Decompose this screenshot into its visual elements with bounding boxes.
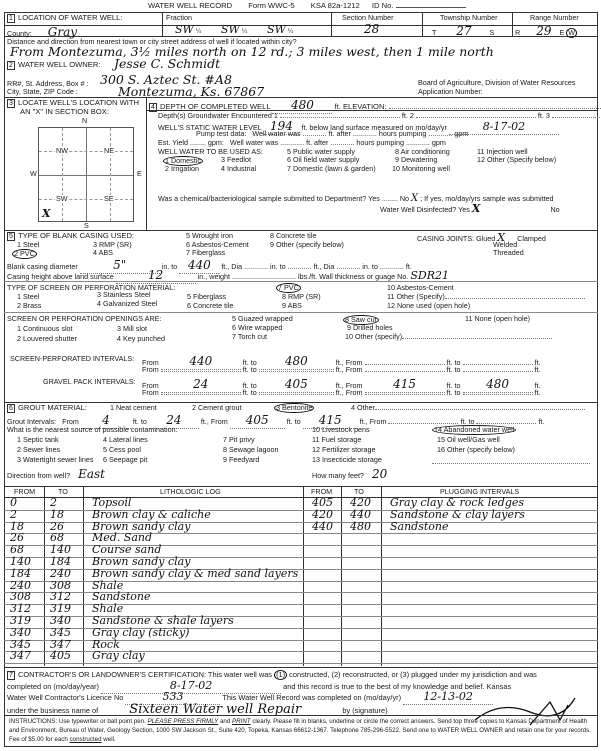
- gw1-field[interactable]: [280, 117, 400, 118]
- business-label: under the business name of: [7, 706, 98, 715]
- from-label: From: [142, 388, 159, 397]
- contam-9[interactable]: 9 Feedyard: [223, 456, 259, 464]
- gravel-interval-row-2: From ft. to ft., From ft. to ft.: [142, 389, 541, 397]
- opening-7[interactable]: 7 Torch cut: [232, 333, 267, 341]
- yield-label: Est. Yield ........ gpm:: [158, 138, 224, 147]
- quadrant-se: SE: [103, 195, 115, 203]
- plug-desc[interactable]: Sandstone: [390, 521, 449, 534]
- grid-line: [39, 151, 133, 152]
- sample-question: Was a chemical/bacteriological sample su…: [158, 194, 409, 203]
- disinfected-no[interactable]: No: [550, 205, 559, 214]
- ft-end: ft.: [535, 365, 541, 374]
- pump-test-fields[interactable]: Well water was ............ ft. after ..…: [252, 129, 468, 138]
- screen-other-field[interactable]: [445, 298, 585, 299]
- well-location-mark: X: [42, 208, 51, 221]
- grid-line: [39, 175, 133, 176]
- contam-15[interactable]: 15 Oil well/Gas well: [437, 436, 500, 444]
- grout-title-text: GROUT MATERIAL:: [18, 403, 87, 412]
- joints-label: CASING JOINTS:: [417, 234, 474, 243]
- section3-subtitle: AN "X" IN SECTION BOX:: [20, 108, 109, 117]
- gw2-label: ft. 2: [402, 111, 414, 120]
- plug-to[interactable]: 480: [350, 521, 371, 534]
- divider: [4, 667, 598, 668]
- compass-n: N: [82, 117, 87, 125]
- section-number: 7: [7, 671, 15, 680]
- casing-title-text: TYPE OF BLANK CASING USED:: [18, 231, 134, 240]
- section-title: WATER WELL OWNER:: [18, 60, 100, 69]
- instructions-print: PRINT: [232, 718, 251, 725]
- joints-row: CASING JOINTS: Glued X Clamped: [417, 232, 546, 245]
- casing-2[interactable]: 2 PVC: [12, 249, 37, 259]
- screen-interval-row-2: From ft. to ft., From ft. to ft.: [142, 366, 541, 374]
- fraction-3[interactable]: SW: [267, 23, 286, 36]
- screen-to-b2[interactable]: [463, 371, 533, 372]
- divider: [4, 312, 598, 313]
- section-number: 2: [7, 61, 15, 70]
- direction-row: Direction from well? East: [7, 468, 105, 482]
- opening-3[interactable]: 3 Mill slot: [117, 325, 147, 333]
- contam-11[interactable]: 11 Fuel storage: [312, 436, 361, 444]
- contam-6[interactable]: 6 Seepage pit: [103, 456, 147, 464]
- instructions-press-firmly: PLEASE PRESS FIRMLY: [148, 718, 219, 725]
- log-from[interactable]: 347: [10, 650, 31, 663]
- from-label: From: [346, 365, 363, 374]
- screen-other-label[interactable]: 11 Other (Specify): [387, 292, 445, 301]
- screen-from-b2[interactable]: [365, 371, 445, 372]
- log-to[interactable]: 405: [50, 650, 71, 663]
- township-row: T 27 S: [432, 25, 494, 39]
- id-label: ID No.: [372, 1, 394, 10]
- to-label: ft. to: [243, 365, 257, 374]
- contam-16[interactable]: 16 Other (specify below): [437, 446, 515, 454]
- form-title: WATER WELL RECORD: [148, 1, 232, 10]
- screen-4[interactable]: 4 Galvanized Steel: [97, 300, 157, 308]
- completed-label: completed on (mo/day/year): [7, 682, 99, 691]
- instructions: INSTRUCTIONS: Use typewriter or ball poi…: [9, 718, 594, 745]
- grout-from-2[interactable]: 405: [230, 414, 285, 429]
- section-location-box[interactable]: NW NE SW SE X: [38, 127, 134, 222]
- opening-11[interactable]: 11 None (open hole): [465, 315, 530, 323]
- screen-from-2[interactable]: [365, 364, 445, 365]
- grout-title: 6GROUT MATERIAL:: [7, 404, 87, 413]
- screen-to-2[interactable]: [463, 364, 533, 365]
- ft-label: ft.,: [201, 417, 209, 426]
- section-number: 6: [7, 404, 15, 413]
- opening-1[interactable]: 1 Continuous slot: [17, 325, 73, 333]
- grout-to-3[interactable]: [476, 423, 536, 424]
- direction-value[interactable]: East: [78, 467, 105, 481]
- ft-end: ft.: [535, 388, 541, 397]
- contam-other-field[interactable]: [432, 463, 590, 464]
- section-title: LOCATION OF WATER WELL:: [18, 13, 123, 22]
- use-option-10[interactable]: 10 Monitoring well: [392, 165, 450, 173]
- yield-fields[interactable]: Well water was ............ ft. after ..…: [230, 138, 446, 147]
- grout-from-3[interactable]: [388, 423, 458, 424]
- use-option-4[interactable]: 4 Industrial: [221, 165, 256, 173]
- gw3-field[interactable]: [552, 117, 601, 118]
- log-header-desc: LITHOLOGIC LOG: [160, 488, 221, 496]
- range-row: R 29 E W: [515, 25, 577, 39]
- grid-line: [62, 128, 63, 221]
- contam-10[interactable]: 10 Livestock pens: [312, 426, 370, 434]
- instructions-and: and: [220, 718, 230, 725]
- contam-abandoned-well-circled[interactable]: 14 Abandoned water well: [432, 425, 516, 435]
- range-label: Range Number: [530, 14, 579, 22]
- township-prefix: T: [432, 28, 436, 37]
- city-label: City, State, ZIP Code :: [7, 88, 78, 96]
- fraction-2[interactable]: SW: [221, 23, 240, 36]
- license-label: Water Well Contractor's Licence No: [7, 693, 123, 702]
- opening-2[interactable]: 2 Louvered shutter: [17, 335, 77, 343]
- casing-4[interactable]: 4 ABS: [93, 249, 113, 257]
- from-label: From: [211, 417, 228, 426]
- instructions-constructed: constructed: [70, 736, 102, 743]
- form-number: Form WWC-5: [248, 1, 294, 10]
- gw3-label: ft. 3: [538, 111, 550, 120]
- divider: [4, 25, 598, 26]
- feet-value[interactable]: 20: [372, 467, 387, 481]
- section2-title: 2WATER WELL OWNER:: [7, 61, 100, 70]
- table-row-divider: [4, 663, 598, 664]
- elevation-field[interactable]: [389, 108, 601, 109]
- disinfected-yes-mark[interactable]: X: [472, 202, 481, 215]
- id-field[interactable]: [396, 7, 466, 8]
- gravel-from-b2[interactable]: [365, 394, 445, 395]
- screen-12[interactable]: 12 None used (open hole): [387, 302, 470, 310]
- grout-other-field[interactable]: [375, 409, 585, 410]
- contam-14[interactable]: 14 Abandoned water well: [432, 425, 516, 435]
- screen-6[interactable]: 6 Concrete tile: [187, 302, 233, 310]
- divider: [162, 12, 163, 36]
- record-label: This Water Well Record was completed on …: [222, 693, 401, 702]
- grout-1[interactable]: 1 Neat cement: [110, 404, 157, 412]
- grout-4[interactable]: 4 Other: [351, 404, 585, 412]
- feet-row: How many feet? 20: [312, 468, 387, 482]
- fraction-label: Fraction: [166, 14, 192, 22]
- grout-3[interactable]: 3 Bentonite: [274, 403, 314, 413]
- sample-tail: ; If yes, mo/day/yrs sample was submitte…: [420, 194, 553, 203]
- ft-label: ft.,: [336, 365, 344, 374]
- to-label: ft. to: [447, 365, 461, 374]
- range-east-option[interactable]: E: [559, 28, 564, 37]
- joints-threaded[interactable]: Threaded: [493, 249, 524, 257]
- township-suffix: S: [490, 28, 495, 37]
- gw2-field[interactable]: [416, 117, 536, 118]
- range-prefix: R: [515, 28, 520, 37]
- screen-intervals-label: SCREEN-PERFORATED INTERVALS:: [10, 355, 134, 363]
- contam-3[interactable]: 3 Watertight sewer lines: [17, 456, 93, 464]
- contam-12[interactable]: 12 Fertilizer storage: [312, 446, 376, 454]
- application-label: Application Number:: [418, 88, 483, 96]
- contam-1[interactable]: 1 Septic tank: [17, 436, 59, 444]
- distance-value[interactable]: From Montezuma, 3½ miles north on 12 rd.…: [10, 45, 494, 59]
- quarter-mark: ¼: [196, 28, 201, 35]
- contam-5[interactable]: 5 Cess pool: [103, 446, 141, 454]
- fraction-values: SW ¼ SW ¼ SW ¼: [175, 24, 293, 37]
- section-number-value[interactable]: 28: [364, 23, 379, 37]
- divider: [512, 12, 513, 36]
- to-label: ft. to: [447, 388, 461, 397]
- quarter-mark: ¼: [288, 28, 293, 35]
- joints-clamped[interactable]: Clamped: [517, 234, 546, 243]
- plug-from[interactable]: 440: [312, 521, 333, 534]
- feet-label: How many feet?: [312, 471, 364, 480]
- opening-4[interactable]: 4 Key punched: [117, 335, 165, 343]
- section-number: 3: [7, 99, 15, 108]
- casing-7[interactable]: 7 Fiberglass: [186, 249, 225, 257]
- statute-ref: KSA 82a-1212: [311, 1, 360, 10]
- opening-other-field[interactable]: [402, 338, 552, 339]
- gravel-intervals-label: GRAVEL PACK INTERVALS:: [43, 378, 136, 386]
- cert-text-a: CONTRACTOR'S OR LANDOWNER'S CERTIFICATIO…: [18, 670, 272, 679]
- casing-9[interactable]: 9 Other (specify below): [270, 241, 344, 249]
- gravel-to-b[interactable]: [259, 394, 334, 395]
- opening-other-label[interactable]: 10 Other (specify): [345, 332, 402, 341]
- to-label: ft. to: [287, 417, 301, 426]
- to-label: ft. to: [243, 388, 257, 397]
- gravel-to-b2[interactable]: [463, 394, 533, 395]
- from-label: From: [142, 365, 159, 374]
- contam-8[interactable]: 8 Sewage lagoon: [223, 446, 279, 454]
- log-header-from: FROM: [14, 488, 35, 496]
- divider: [146, 97, 147, 230]
- weight-label: in., weight ............................…: [198, 272, 409, 281]
- section-number: 1: [7, 14, 15, 23]
- gravel-from-b[interactable]: [161, 394, 241, 395]
- range-west-option-circled[interactable]: W: [566, 28, 577, 38]
- instructions-text-3: well.: [103, 736, 115, 743]
- grout-other-label[interactable]: 4 Other: [351, 403, 375, 412]
- section-number: 5: [7, 232, 15, 241]
- ft-end: ft.: [538, 417, 544, 426]
- section1-title: 1LOCATION OF WATER WELL:: [7, 14, 123, 23]
- ft-label: ft.,: [336, 388, 344, 397]
- compass-w: W: [30, 170, 37, 178]
- quadrant-sw: SW: [55, 195, 69, 203]
- screen-from-b[interactable]: [161, 371, 241, 372]
- quarter-mark: ¼: [242, 28, 247, 35]
- quadrant-ne: NE: [103, 147, 115, 155]
- owner-name[interactable]: Jesse C. Schmidt: [114, 57, 220, 71]
- log-header-to: TO: [58, 488, 68, 496]
- contam-7[interactable]: 7 Pit privy: [223, 436, 255, 444]
- range-value[interactable]: 29: [536, 24, 551, 38]
- contamination-label: What is the nearest source of possible c…: [7, 426, 178, 434]
- from-label: From: [370, 417, 387, 426]
- contam-13[interactable]: 13 Insecticide storage: [312, 456, 382, 464]
- use-option-2[interactable]: 2 Irrigation: [165, 165, 199, 173]
- disinfected-row: Water Well Disinfected? Yes X No: [380, 203, 560, 216]
- signature-label: by (signature): [342, 706, 387, 715]
- screen-2[interactable]: 2 Brass: [17, 302, 41, 310]
- cert-constructed-circled[interactable]: (1): [274, 670, 287, 680]
- height-label: Casing height above land surface: [7, 272, 114, 281]
- quadrant-nw: NW: [55, 147, 69, 155]
- cert-text-b: constructed, (2) reconstructed, or (3) p…: [289, 670, 537, 679]
- grid-line: [39, 199, 133, 200]
- contam-2[interactable]: 2 Sewer lines: [17, 446, 60, 454]
- grout-2[interactable]: 2 Cement grout: [192, 404, 242, 412]
- instructions-text-1: INSTRUCTIONS: Use typewriter or ball poi…: [9, 718, 146, 725]
- grout-bentonite-circled[interactable]: 3 Bentonite: [274, 403, 314, 413]
- from-label: From: [346, 388, 363, 397]
- divider: [422, 12, 423, 36]
- form-header: WATER WELL RECORD Form WWC-5 KSA 82a-121…: [148, 2, 466, 11]
- contam-4[interactable]: 4 Lateral lines: [103, 436, 148, 444]
- openings-title: SCREEN OR PERFORATION OPENINGS ARE:: [7, 315, 161, 323]
- township-label: Township Number: [440, 14, 498, 22]
- township-value[interactable]: 27: [456, 24, 471, 38]
- divider: [4, 281, 598, 282]
- disinfected-label: Water Well Disinfected? Yes: [380, 205, 470, 214]
- grid-line: [110, 128, 111, 221]
- divider: [4, 715, 598, 716]
- screen-to-b[interactable]: [259, 371, 334, 372]
- direction-label: Direction from well?: [7, 471, 70, 480]
- fraction-1[interactable]: SW: [175, 23, 194, 36]
- cert-row-1: 7CONTRACTOR'S OR LANDOWNER'S CERTIFICATI…: [7, 670, 537, 680]
- groundwater-label: Depth(s) Groundwater Encountered: [158, 111, 272, 120]
- divider: [331, 12, 332, 36]
- pump-label: Pump test data:: [196, 129, 246, 138]
- opening-10[interactable]: 10 Other (specify): [345, 333, 552, 341]
- use-option-7[interactable]: 7 Domestic (lawn & garden): [287, 165, 376, 173]
- use-option-12[interactable]: 12 Other (Specify below): [477, 156, 556, 164]
- log-desc[interactable]: Gray clay: [92, 650, 145, 663]
- screen-9[interactable]: 9 ABS: [282, 302, 302, 310]
- casing-pvc-circled[interactable]: 2 PVC: [12, 249, 37, 259]
- compass-e: E: [137, 170, 142, 178]
